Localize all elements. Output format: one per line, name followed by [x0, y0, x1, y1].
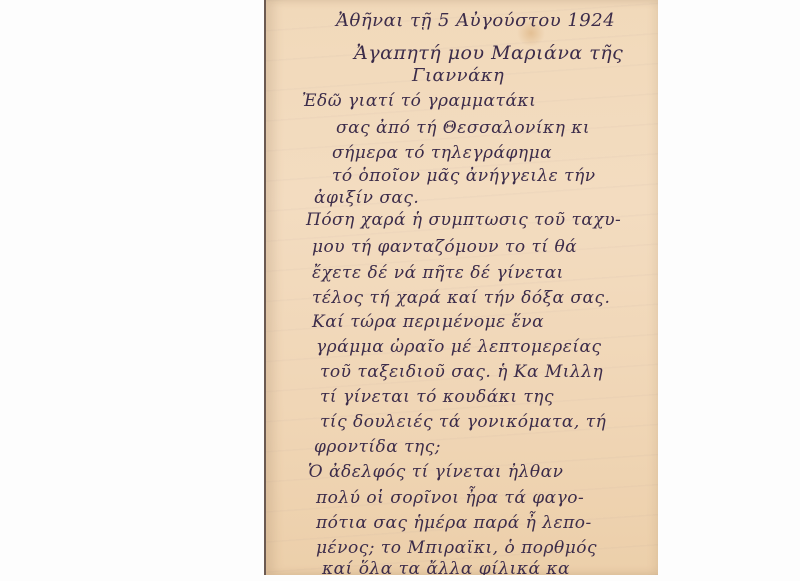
- body-line-3: σήμερα τό τηλεγράφημα: [332, 143, 552, 163]
- body-line-14: τίς δουλειές τά γονικόματα, τή: [320, 412, 606, 432]
- salutation-line-1: Ἀγαπητή μου Μαριάνα τῆς: [354, 42, 623, 64]
- letter-page: Ἀθῆναι τῇ 5 Αὐγούστου 1924 Ἀγαπητή μου Μ…: [264, 0, 658, 575]
- letter-date-line: Ἀθῆναι τῇ 5 Αὐγούστου 1924: [336, 10, 615, 31]
- body-line-10: Καί τώρα περιμένομε ἕνα: [312, 312, 544, 332]
- body-line-4: τό ὁποῖον μᾶς ἀνήγγειλε τήν: [332, 166, 596, 186]
- body-line-12: τοῦ ταξειδιοῦ σας. ἡ Κα Μιλλη: [320, 362, 603, 382]
- body-line-18: πότια σας ἡμέρα παρά ἦ λεπο-: [316, 513, 592, 533]
- body-line-17: πολύ οἱ σορῖνοι ἦρα τά φαγο-: [316, 488, 584, 508]
- body-line-5: ἀφιξίν σας.: [314, 188, 419, 208]
- body-line-8: ἔχετε δέ νά πῆτε δέ γίνεται: [312, 263, 564, 283]
- body-line-11: γράμμα ὠραῖο μέ λεπτομερείας: [316, 337, 602, 357]
- scanned-letter: Ἀθῆναι τῇ 5 Αὐγούστου 1924 Ἀγαπητή μου Μ…: [0, 0, 800, 581]
- body-line-20: καί ὅλα τα ἄλλα φίλικά κα: [322, 559, 570, 575]
- body-line-6: Πόση χαρά ἡ συμπτωσις τοῦ ταχυ-: [306, 210, 621, 230]
- body-line-2: σας ἀπό τή Θεσσαλονίκη κι: [336, 118, 590, 138]
- body-line-16: Ὁ ἀδελφός τί γίνεται ἠλθαν: [308, 462, 563, 482]
- body-line-7: μου τή φανταζόμουν το τί θά: [312, 237, 577, 257]
- body-line-13: τί γίνεται τό κουδάκι της: [320, 387, 554, 407]
- body-line-19: μένος; το Μπιραϊκι, ὁ πορθμός: [316, 538, 597, 558]
- salutation-line-2: Γιαννάκη: [412, 65, 504, 86]
- body-line-9: τέλος τή χαρά καί τήν δόξα σας.: [312, 288, 610, 308]
- body-line-1: Ἐδῶ γιατί τό γραμματάκι: [302, 91, 536, 111]
- body-line-15: φροντίδα της;: [314, 437, 441, 457]
